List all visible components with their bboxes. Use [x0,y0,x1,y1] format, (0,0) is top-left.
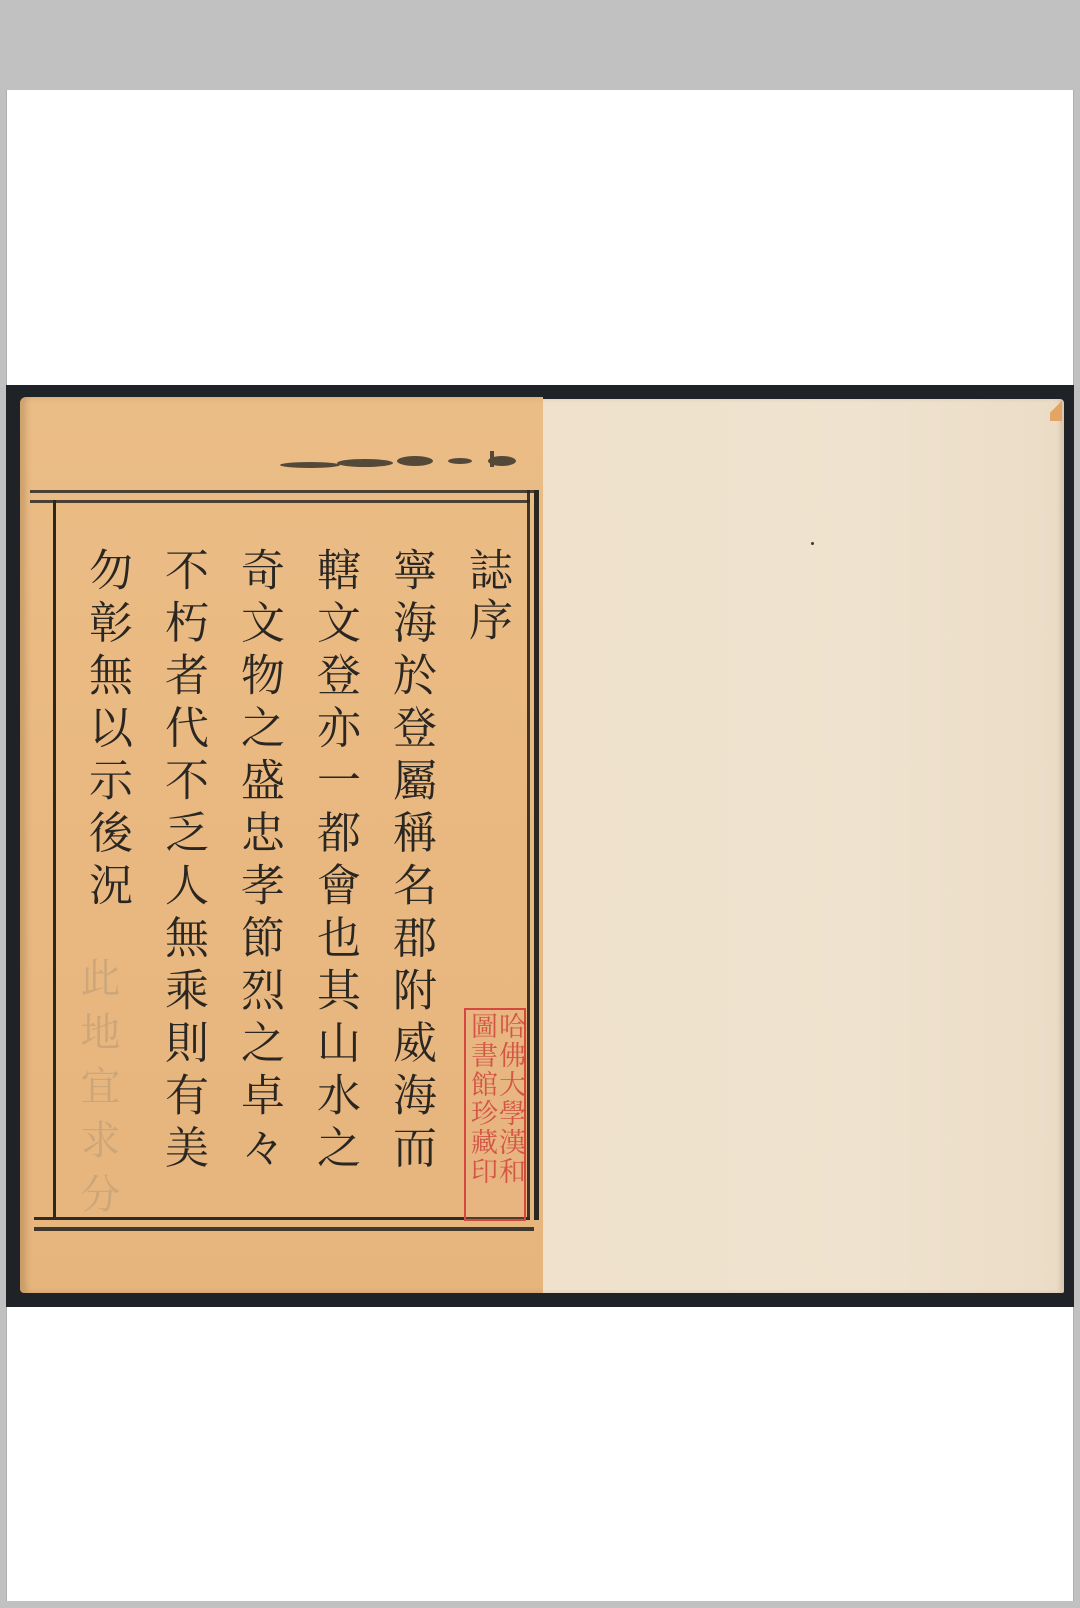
frame-outer-top-line [30,490,535,493]
page-title: 誌序 [456,547,516,647]
right-page-blank [543,399,1064,1293]
seal-right-column: 哈佛大學漢和 [495,1012,523,1217]
left-page: 此地宜求分 誌序 寧海於登屬稱名郡附威海而 轄文登亦一都會也其山水之 奇文物之盛… [20,397,543,1293]
text-column-3: 奇文物之盛忠孝節烈之卓々 [228,547,288,1177]
text-column-4: 不朽者代不乏人無乘則有美 [152,547,212,1177]
text-column-5: 勿彰無以示後況 [76,547,136,915]
book-scan-image: 此地宜求分 誌序 寧海於登屬稱名郡附威海而 轄文登亦一都會也其山水之 奇文物之盛… [6,385,1074,1307]
library-seal-stamp: 哈佛大學漢和 圖書館珍藏印 [464,1008,526,1221]
bleed-through-text: 此地宜求分 [72,957,122,1227]
frame-right-inner-line [527,490,530,1220]
corner-fold [1050,399,1062,421]
seal-left-column: 圖書館珍藏印 [467,1012,495,1217]
paper-speck [811,542,814,545]
frame-right-outer-line [534,490,539,1220]
text-column-1: 寧海於登屬稱名郡附威海而 [380,547,440,1177]
frame-left-line [53,500,56,1217]
ink-smudge-ornament [270,449,540,473]
text-column-2: 轄文登亦一都會也其山水之 [304,547,364,1177]
frame-inner-top-line [30,500,530,503]
frame-outer-bottom-line [34,1227,534,1231]
